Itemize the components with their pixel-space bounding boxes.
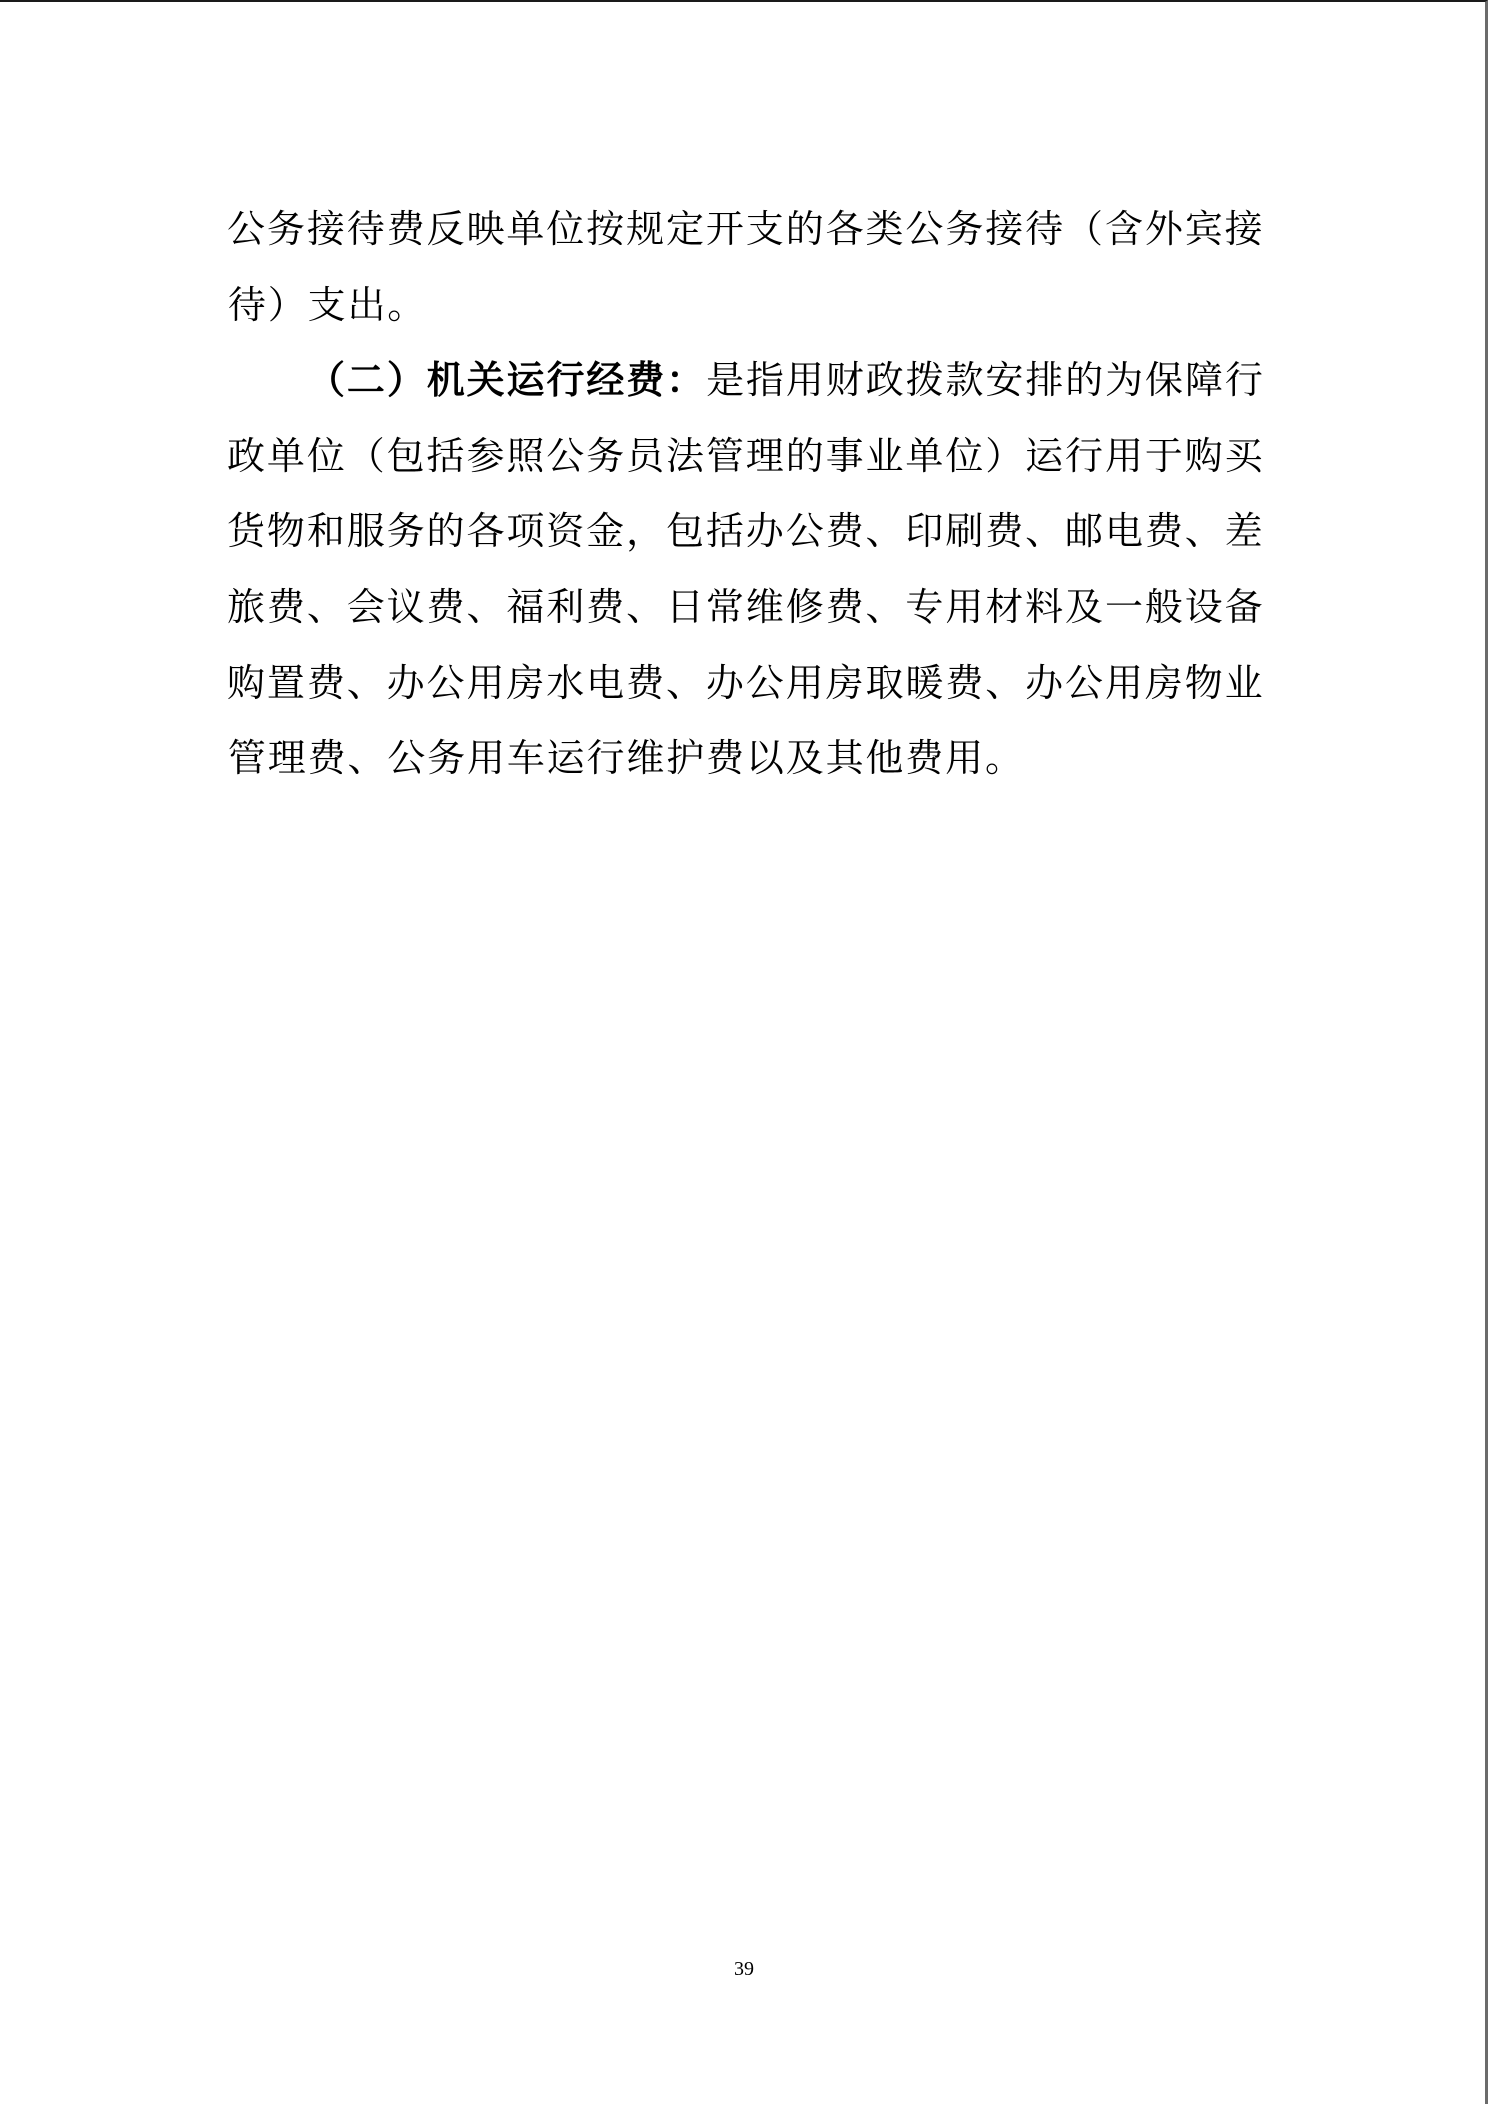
text-char: 、 [1025,500,1063,576]
text-char: 务 [945,198,983,274]
heading-char: 运 [507,349,545,425]
text-char: 费 [826,576,864,652]
text-char: 公 [427,652,465,728]
text-char: 办 [1025,652,1063,728]
text-char: 类 [866,198,904,274]
text-char: 照 [506,425,544,501]
heading-char: 行 [546,349,584,425]
text-char: 专 [905,576,943,652]
text-char: 取 [866,652,904,728]
text-line-with-heading: （二）机关运行经费：是指用财政拨款安排的为保障行 [227,349,1263,425]
text-char: 公 [786,500,824,576]
text-char: 支 [307,274,347,350]
document-page: 公务接待费反映单位按规定开支的各类公务接待（含外宾接 待）支出。 （二）机关运行… [0,0,1488,2104]
heading-char: 关 [467,349,505,425]
text-line: 货物和服务的各项资金，包括办公费、印刷费、邮电费、差 [227,500,1263,576]
heading-char: （ [307,349,345,425]
text-char: 保 [1145,349,1183,425]
text-char: 、 [866,576,904,652]
text-char: 、 [666,652,704,728]
text-char: 费 [267,576,305,652]
text-char: 置 [267,652,305,728]
text-char: 金 [586,500,624,576]
text-char: 公 [1065,652,1103,728]
text-char: 业 [1225,652,1263,728]
text-char: 资 [546,500,584,576]
text-char: 房 [1145,652,1183,728]
text-char: 项 [506,500,544,576]
text-char: 单 [506,198,544,274]
text-char: 括 [706,500,744,576]
text-char: 公 [227,198,265,274]
text-line: 待）支出。 [227,274,1263,350]
heading-char: ） [387,349,425,425]
text-char: 购 [227,652,265,728]
text-char: 旅 [227,576,265,652]
text-char: 运 [546,727,586,803]
text-char: 映 [466,198,504,274]
text-char: 修 [786,576,824,652]
text-char: 费 [985,500,1023,576]
text-char: 公 [546,425,584,501]
text-char: 行 [1225,349,1263,425]
text-char: 包 [387,425,425,501]
text-char: 设 [1185,576,1223,652]
text-char: 。 [984,727,1024,803]
text-char: 排 [1025,349,1063,425]
text-char: 用 [466,727,506,803]
text-char: 务 [586,425,624,501]
body-text: 公务接待费反映单位按规定开支的各类公务接待（含外宾接 待）支出。 （二）机关运行… [227,198,1263,803]
text-char: 费 [1145,500,1183,576]
text-char: 用 [466,652,504,728]
text-char: 法 [666,425,704,501]
text-char: 以 [745,727,785,803]
text-char: 邮 [1065,500,1103,576]
text-char: 各 [826,198,864,274]
text-char: 及 [785,727,825,803]
text-char: 政 [227,425,265,501]
text-char: （ [347,425,385,501]
text-char: ） [985,425,1023,501]
text-char: 刷 [945,500,983,576]
text-char: 费 [586,576,624,652]
text-char: 用 [1105,652,1143,728]
text-char: 。 [386,274,426,350]
text-char: 规 [626,198,664,274]
page-number: 39 [0,1955,1488,1983]
text-char: 、 [466,576,504,652]
text-char: 费 [427,576,465,652]
text-char: 、 [985,652,1023,728]
text-char: 为 [1105,349,1143,425]
text-char: 一 [1105,576,1143,652]
text-char: 费 [826,500,864,576]
text-char: 单 [267,425,305,501]
text-char: 般 [1145,576,1183,652]
text-char: 、 [626,576,664,652]
text-char: 备 [1225,576,1263,652]
text-char: 议 [387,576,425,652]
text-char: 维 [625,727,665,803]
text-char: 差 [1225,500,1263,576]
text-char: 护 [665,727,705,803]
text-char: 、 [347,652,385,728]
text-char: 的 [786,425,824,501]
text-char: 电 [1105,500,1143,576]
text-char: 接 [1225,198,1263,274]
text-char: 是 [706,349,744,425]
text-char: 安 [985,349,1023,425]
text-char: 暖 [905,652,943,728]
text-char: 财 [826,349,864,425]
text-char: 费 [904,727,944,803]
text-char: 事 [826,425,864,501]
text-char: 购 [1185,425,1223,501]
text-char: 物 [267,500,305,576]
heading-char: ： [666,349,704,425]
text-char: 支 [746,198,784,274]
text-char: 、 [866,500,904,576]
text-char: 行 [1065,425,1103,501]
text-char: 办 [387,652,425,728]
text-char: 房 [506,652,544,728]
text-char: 及 [1065,576,1103,652]
text-char: 行 [586,727,626,803]
text-char: 开 [706,198,744,274]
text-char: 物 [1185,652,1223,728]
heading-char: 二 [347,349,385,425]
text-char: 印 [905,500,943,576]
text-char: 、 [1185,500,1223,576]
text-char: 利 [546,576,584,652]
text-char: 费 [705,727,745,803]
text-char: 用 [786,652,824,728]
text-char: ） [267,274,307,350]
text-char: 待 [1025,198,1063,274]
text-char: 费 [626,652,664,728]
text-char: 、 [347,727,387,803]
text-char: 货 [227,500,265,576]
text-char: 务 [387,500,425,576]
text-char: 常 [706,576,744,652]
text-char: 务 [426,727,466,803]
text-char: 位 [546,198,584,274]
text-char: 宾 [1185,198,1223,274]
text-char: 接 [985,198,1023,274]
text-char: 接 [307,198,345,274]
text-char: 位 [307,425,345,501]
text-char: 用 [786,349,824,425]
text-char: 维 [746,576,784,652]
text-char: 用 [945,576,983,652]
text-char: 公 [905,198,943,274]
text-line: 管理费、公务用车运行维护费以及其他费用。 [227,727,1263,803]
text-char: 参 [466,425,504,501]
text-char: 材 [985,576,1023,652]
text-char: 定 [666,198,704,274]
heading-char: 费 [626,349,664,425]
heading-char: 经 [586,349,624,425]
text-char: 单 [905,425,943,501]
text-char: 位 [945,425,983,501]
text-char: 理 [267,727,307,803]
text-char: 按 [586,198,624,274]
text-char: 办 [746,500,784,576]
text-char: 理 [746,425,784,501]
text-char: 管 [706,425,744,501]
text-char: 会 [347,576,385,652]
text-char: 的 [427,500,465,576]
text-line: 购置费、办公用房水电费、办公用房取暖费、办公用房物业 [227,652,1263,728]
text-char: 的 [1065,349,1103,425]
text-char: 指 [746,349,784,425]
text-char: 费 [307,727,347,803]
text-char: 含 [1105,198,1143,274]
text-char: 公 [746,652,784,728]
text-char: 括 [427,425,465,501]
text-char: 其 [825,727,865,803]
text-char: 、 [307,576,345,652]
text-char: 服 [347,500,385,576]
text-line: 公务接待费反映单位按规定开支的各类公务接待（含外宾接 [227,198,1263,274]
text-char: 政 [866,349,904,425]
text-char: 用 [1105,425,1143,501]
text-line: 政单位（包括参照公务员法管理的事业单位）运行用于购买 [227,425,1263,501]
text-line: 旅费、会议费、福利费、日常维修费、专用材料及一般设备 [227,576,1263,652]
text-char: 电 [586,652,624,728]
text-char: 待 [347,198,385,274]
text-char: 包 [666,500,704,576]
text-char: 福 [506,576,544,652]
text-char: 费 [387,198,425,274]
text-char: 拨 [906,349,944,425]
text-char: 外 [1145,198,1183,274]
text-char: 买 [1225,425,1263,501]
text-char: 款 [946,349,984,425]
text-char: 房 [826,652,864,728]
text-char: 的 [786,198,824,274]
text-char: 反 [427,198,465,274]
heading-char: 机 [427,349,465,425]
text-char: 办 [706,652,744,728]
text-char: 他 [865,727,905,803]
text-char: 出 [347,274,387,350]
text-char: 车 [506,727,546,803]
text-char: 员 [626,425,664,501]
text-char: 费 [307,652,345,728]
text-char: 和 [307,500,345,576]
text-char: 各 [466,500,504,576]
text-char: ， [626,500,664,576]
text-char: 运 [1025,425,1063,501]
text-char: 用 [944,727,984,803]
text-char: 料 [1025,576,1063,652]
text-char: 管 [227,727,267,803]
text-char: （ [1065,198,1103,274]
text-char: 公 [386,727,426,803]
text-char: 费 [945,652,983,728]
text-char: 水 [546,652,584,728]
text-char: 于 [1145,425,1183,501]
text-char: 业 [866,425,904,501]
text-char: 障 [1185,349,1223,425]
text-char: 待 [227,274,267,350]
text-char: 务 [267,198,305,274]
text-char: 日 [666,576,704,652]
